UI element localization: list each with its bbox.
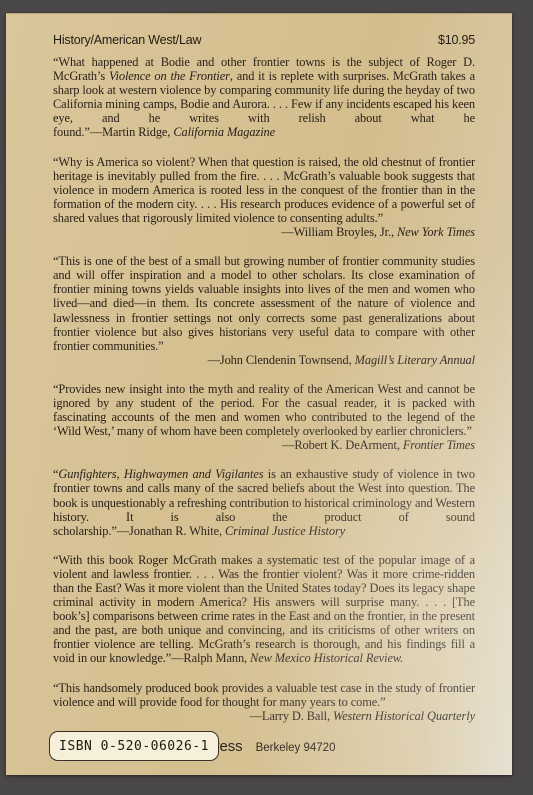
review-blurb-broyles: “Why is America so violent? When that qu…: [53, 155, 475, 240]
publication-name: New Mexico Historical Review.: [250, 651, 403, 665]
publication-name: Western Historical Quarterly: [333, 709, 475, 723]
book-back-cover: History/American West/Law $10.95 “What h…: [6, 13, 512, 775]
review-blurb-ball: “This handsomely produced book provides …: [53, 681, 475, 723]
blurb-text: “With this book Roger McGrath makes a sy…: [53, 553, 475, 666]
reviewer-name: —Jonathan R. White,: [117, 524, 225, 538]
publication-name: Frontier Times: [403, 438, 475, 452]
review-blurb-mann: “With this book Roger McGrath makes a sy…: [53, 553, 475, 666]
reviewer-name: —Robert K. DeArment,: [282, 438, 403, 452]
reviewer-name: —William Broyles, Jr.,: [281, 225, 397, 239]
publisher-city: Berkeley 94720: [256, 742, 336, 754]
category-label: History/American West/Law: [53, 33, 201, 47]
publication-name: California Magazine: [173, 125, 275, 139]
blurb-text: “This handsomely produced book provides …: [53, 681, 475, 709]
blurb-text: “Why is America so violent? When that qu…: [53, 155, 475, 225]
reviewer-name: —Larry D. Ball,: [250, 709, 333, 723]
reviewer-name: —Martin Ridge,: [90, 125, 174, 139]
blurb-attribution: —Robert K. DeArment, Frontier Times: [53, 438, 475, 452]
review-blurb-townsend: “This is one of the best of a small but …: [53, 254, 475, 367]
publication-name: Criminal Justice History: [225, 524, 345, 538]
blurb-text: “Provides new insight into the myth and …: [53, 382, 475, 438]
blurb-attribution: —William Broyles, Jr., New York Times: [53, 225, 475, 239]
publication-name: Magill’s Literary Annual: [355, 353, 475, 367]
review-blurb-ridge: “What happened at Bodie and other fronti…: [53, 55, 475, 140]
reviewer-name: —Ralph Mann,: [171, 651, 250, 665]
blurb-attribution: —Jonathan R. White, Criminal Justice His…: [117, 524, 345, 538]
blurb-text: “This is one of the best of a small but …: [53, 254, 475, 353]
blurb-attribution: —John Clendenin Townsend, Magill’s Liter…: [53, 353, 475, 367]
blurb-attribution: —Martin Ridge, California Magazine: [90, 125, 275, 139]
isbn-label: ISBN 0-520-06026-1: [49, 731, 219, 761]
cover-header: History/American West/Law $10.95: [53, 33, 475, 47]
blurb-attribution: —Larry D. Ball, Western Historical Quart…: [53, 709, 475, 723]
reviewer-name: —John Clendenin Townsend,: [208, 353, 355, 367]
book-title: Gunfighters, Highwaymen and Vigilantes: [58, 467, 263, 481]
price-label: $10.95: [438, 33, 475, 47]
review-blurb-white: “Gunfighters, Highwaymen and Vigilantes …: [53, 467, 475, 537]
book-title: Violence on the Frontier: [109, 69, 230, 83]
blurb-attribution: —Ralph Mann, New Mexico Historical Revie…: [171, 651, 403, 665]
cover-content: History/American West/Law $10.95 “What h…: [53, 33, 475, 755]
review-blurb-dearment: “Provides new insight into the myth and …: [53, 382, 475, 452]
publication-name: New York Times: [397, 225, 475, 239]
